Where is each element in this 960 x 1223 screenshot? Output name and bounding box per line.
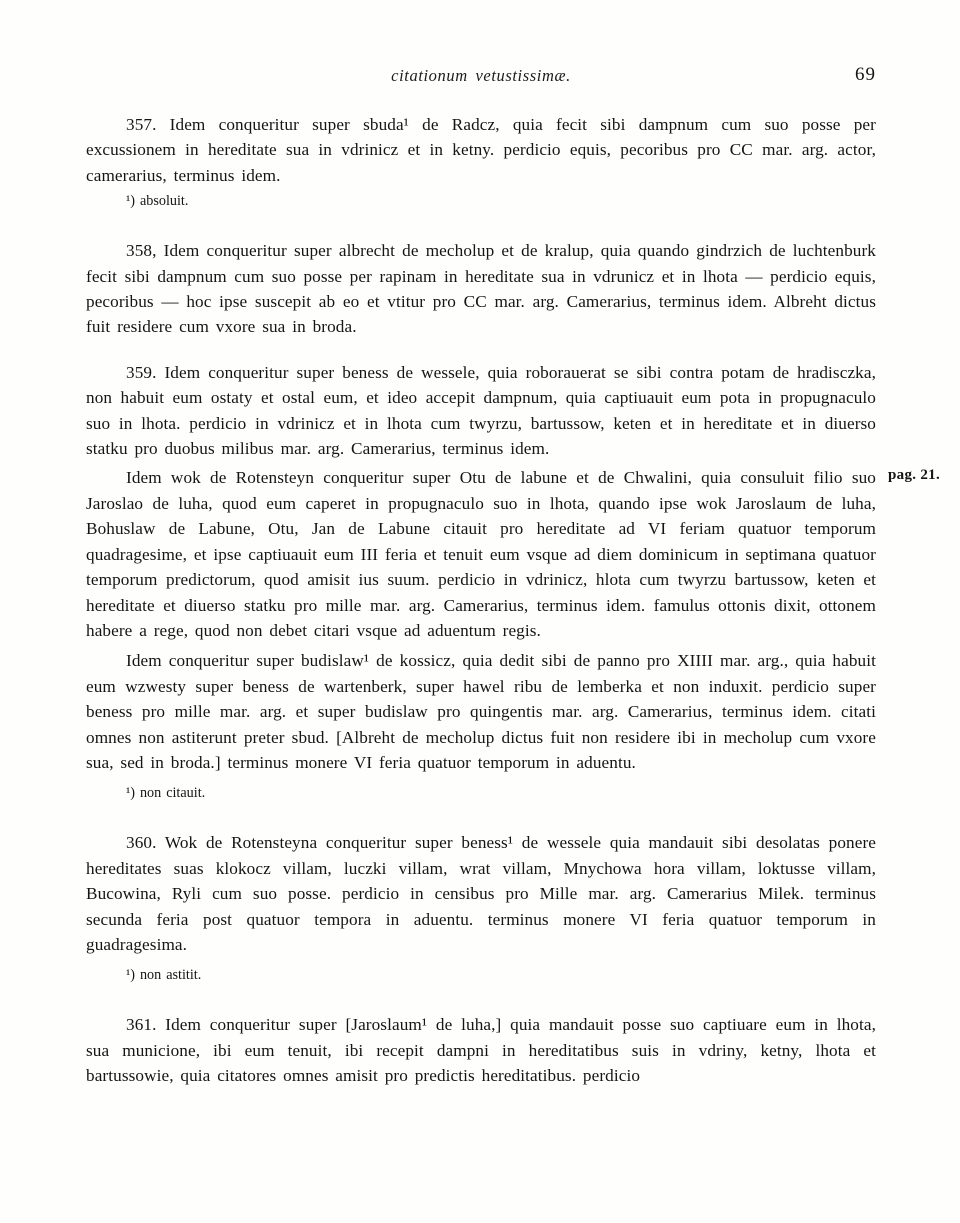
paragraph-wok-wrap: Idem wok de Rotensteyn conqueritur super…: [86, 465, 876, 643]
paragraph-358: 358, Idem conqueritur super albrecht de …: [86, 238, 876, 340]
text-column: citationum vetustissimæ. 69 357. Idem co…: [86, 66, 876, 1089]
footnote-360: ¹) non astitit.: [126, 965, 876, 985]
paragraph-budislaw: Idem conqueritur super budislaw¹ de koss…: [86, 648, 876, 775]
paragraph-360: 360. Wok de Rotensteyna conqueritur supe…: [86, 830, 876, 957]
footnote-budislaw: ¹) non citauit.: [126, 783, 876, 803]
paragraph-361: 361. Idem conqueritur super [Jaroslaum¹ …: [86, 1012, 876, 1088]
scanned-book-page: citationum vetustissimæ. 69 357. Idem co…: [0, 0, 960, 1223]
footnote-357: ¹) absoluit.: [126, 191, 876, 211]
margin-note-pag-21: pag. 21.: [888, 467, 940, 484]
paragraph-359: 359. Idem conqueritur super beness de we…: [86, 360, 876, 462]
paragraph-wok-rotensteyn: Idem wok de Rotensteyn conqueritur super…: [86, 465, 876, 643]
page-header: citationum vetustissimæ. 69: [86, 66, 876, 88]
page-number: 69: [855, 64, 876, 86]
running-title: citationum vetustissimæ.: [86, 66, 876, 86]
paragraph-357: 357. Idem conqueritur super sbuda¹ de Ra…: [86, 112, 876, 188]
